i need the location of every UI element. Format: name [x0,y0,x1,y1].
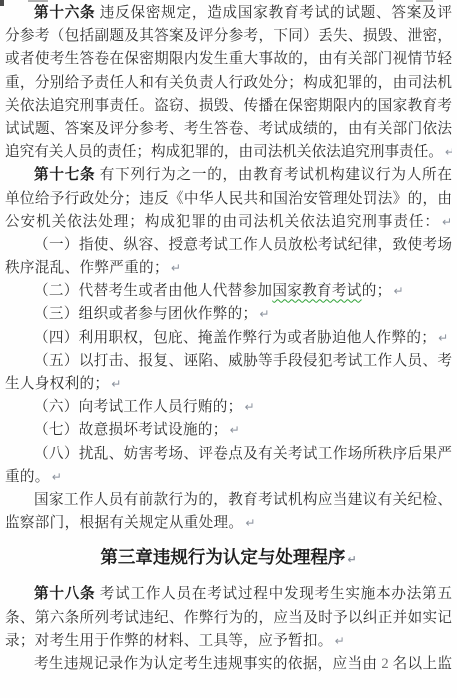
text-line: （六）向考试工作人员行贿的；↵ [5,396,452,419]
line-text: （三）组织或者参与团伙作弊的； [34,306,257,322]
line-text: 的； [362,283,392,299]
line-text: 生人身权利的； [5,376,109,392]
paragraph-mark-icon: ↵ [391,284,403,298]
text-line: （七）故意损坏考试设施的；↵ [5,419,452,442]
text-line: 重，分别给予责任人和有关负责人行政处分；构成犯罪的，由司法机 [5,72,452,95]
chapter-heading-text: 第三章违规行为认定与处理程序 [100,547,345,567]
line-text: 国家工作人员有前款行为的，教育考试机构应当建议有关纪检、 [34,492,452,508]
text-line: 监察部门，根据有关规定从重处理。↵ [5,512,452,535]
text-line: 国家工作人员有前款行为的，教育考试机构应当建议有关纪检、 [5,489,452,512]
line-text: 重，分别给予责任人和有关负责人行政处分；构成犯罪的，由司法机 [5,75,452,91]
line-text: 有下列行为之一的，由教育考试机构建议行为人所在 [95,167,452,183]
text-line: 生人身权利的；↵ [5,373,452,396]
text-line: 第十六条 违反保密规定，造成国家教育考试的试题、答案及评 [5,2,452,25]
line-text: 考生违规记录作为认定考生违规事实的依据，应当由 [34,656,381,672]
line-text: （二）代替考生或者由他人代替参加 [34,283,272,299]
article-number: 第十六条 [34,5,95,21]
text-line: 试试题、答案及评分参考、考生答卷、考试成绩的，由有关部门依法 [5,118,452,141]
line-text: 试试题、答案及评分参考、考生答卷、考试成绩的，由有关部门依法 [5,121,452,137]
line-text: （七）故意损坏考试设施的； [34,422,228,438]
paragraph-mark-icon: ↵ [443,145,452,159]
text-line: 录；对考生用于作弊的材料、工具等，应予暂扣。↵ [5,630,452,653]
text-line: （二）代替考生或者由他人代替参加国家教育考试的；↵ [5,280,452,303]
paragraph-mark-icon: ↵ [333,634,345,648]
scan-artifact-top-left [0,0,4,6]
scan-artifact-top-mid [28,0,48,2]
text-line: 关依法追究刑事责任。盗窃、损毁、传播在保密期限内的国家教育考 [5,95,452,118]
text-line: 分参考（包括副题及其答案及评分参考，下同）丢失、损毁、泄密， [5,25,452,48]
paragraph-mark-icon: ↵ [345,553,356,566]
line-text: 监察部门，根据有关规定从重处理。 [5,515,243,531]
numeral-text: 2 [381,656,388,672]
paragraph-mark-icon: ↵ [50,470,62,484]
line-text: （四）利用职权，包庇、掩盖作弊行为或者胁迫他人作弊的； [34,330,436,346]
line-text: 条、第六条所列考试违纪、作弊行为的，应当及时予以纠正并如实记 [5,610,452,626]
text-line: 单位给予行政处分；违反《中华人民共和国治安管理处罚法》的，由 [5,188,452,211]
line-text: 违反保密规定，造成国家教育考试的试题、答案及评 [95,5,452,21]
text-line: （四）利用职权，包庇、掩盖作弊行为或者胁迫他人作弊的；↵ [5,327,452,350]
paragraph-mark-icon: ↵ [228,423,240,437]
line-text: 秩序混乱、作弊严重的； [5,260,169,276]
paragraph-mark-icon: ↵ [440,215,452,229]
spellcheck-flagged-text: 国家教育考试 [272,283,361,299]
line-text: （五）以打击、报复、诬陷、威胁等手段侵犯考试工作人员、考 [34,353,452,369]
paragraph-mark-icon: ↵ [257,307,269,321]
text-line: 第十七条 有下列行为之一的，由教育考试机构建议行为人所在 [5,164,452,187]
line-text: 公安机关依法处理；构成犯罪的由司法机关依法追究刑事责任： [5,214,440,230]
line-text: （一）指使、纵容、授意考试工作人员放松考试纪律，致使考场 [34,237,452,253]
text-line: 重的。↵ [5,466,452,489]
text-line: 公安机关依法处理；构成犯罪的由司法机关依法追究刑事责任：↵ [5,211,452,234]
text-line: （五）以打击、报复、诬陷、威胁等手段侵犯考试工作人员、考 [5,350,452,373]
chapter-heading: 第三章违规行为认定与处理程序↵ [5,544,452,570]
text-line: 条、第六条所列考试违纪、作弊行为的，应当及时予以纠正并如实记 [5,607,452,630]
text-line: 或者使考生答卷在保密期限内发生重大事故的，由有关部门视情节轻 [5,48,452,71]
text-line: （三）组织或者参与团伙作弊的；↵ [5,303,452,326]
paragraph-mark-icon: ↵ [436,331,448,345]
paragraph-mark-icon: ↵ [169,261,181,275]
line-text: （六）向考试工作人员行贿的； [34,399,243,415]
article-number: 第十八条 [34,586,95,602]
paragraph-mark-icon: ↵ [109,377,121,391]
line-text: 追究有关人员的责任；构成犯罪的，由司法机关依法追究刑事责任。 [5,144,443,160]
document-page: 第十六条 违反保密规定，造成国家教育考试的试题、答案及评分参考（包括副题及其答案… [0,0,457,698]
line-text: 名以上监 [389,656,452,672]
line-text: 或者使考生答卷在保密期限内发生重大事故的，由有关部门视情节轻 [5,51,452,67]
text-line: 考生违规记录作为认定考生违规事实的依据，应当由 2 名以上监 [5,653,452,676]
article-number: 第十七条 [34,167,95,183]
text-line: （八）扰乱、妨害考场、评卷点及有关考试工作场所秩序后果严 [5,443,452,466]
text-line: 秩序混乱、作弊严重的；↵ [5,257,452,280]
line-text: 单位给予行政处分；违反《中华人民共和国治安管理处罚法》的，由 [5,191,452,207]
line-text: 录；对考生用于作弊的材料、工具等，应予暂扣。 [5,633,333,649]
paragraph-mark-icon: ↵ [243,516,255,530]
line-text: 分参考（包括副题及其答案及评分参考，下同）丢失、损毁、泄密， [5,28,452,44]
scan-artifact-top-right [416,0,433,2]
line-text: 关依法追究刑事责任。盗窃、损毁、传播在保密期限内的国家教育考 [5,98,452,114]
document-body: 第十六条 违反保密规定，造成国家教育考试的试题、答案及评分参考（包括副题及其答案… [5,2,452,676]
line-text: 考试工作人员在考试过程中发现考生实施本办法第五 [95,586,452,602]
text-line: 第十八条 考试工作人员在考试过程中发现考生实施本办法第五 [5,583,452,606]
line-text: 重的。 [5,469,50,485]
paragraph-mark-icon: ↵ [243,400,255,414]
line-text: （八）扰乱、妨害考场、评卷点及有关考试工作场所秩序后果严 [34,446,452,462]
text-line: 追究有关人员的责任；构成犯罪的，由司法机关依法追究刑事责任。↵ [5,141,452,164]
text-line: （一）指使、纵容、授意考试工作人员放松考试纪律，致使考场 [5,234,452,257]
